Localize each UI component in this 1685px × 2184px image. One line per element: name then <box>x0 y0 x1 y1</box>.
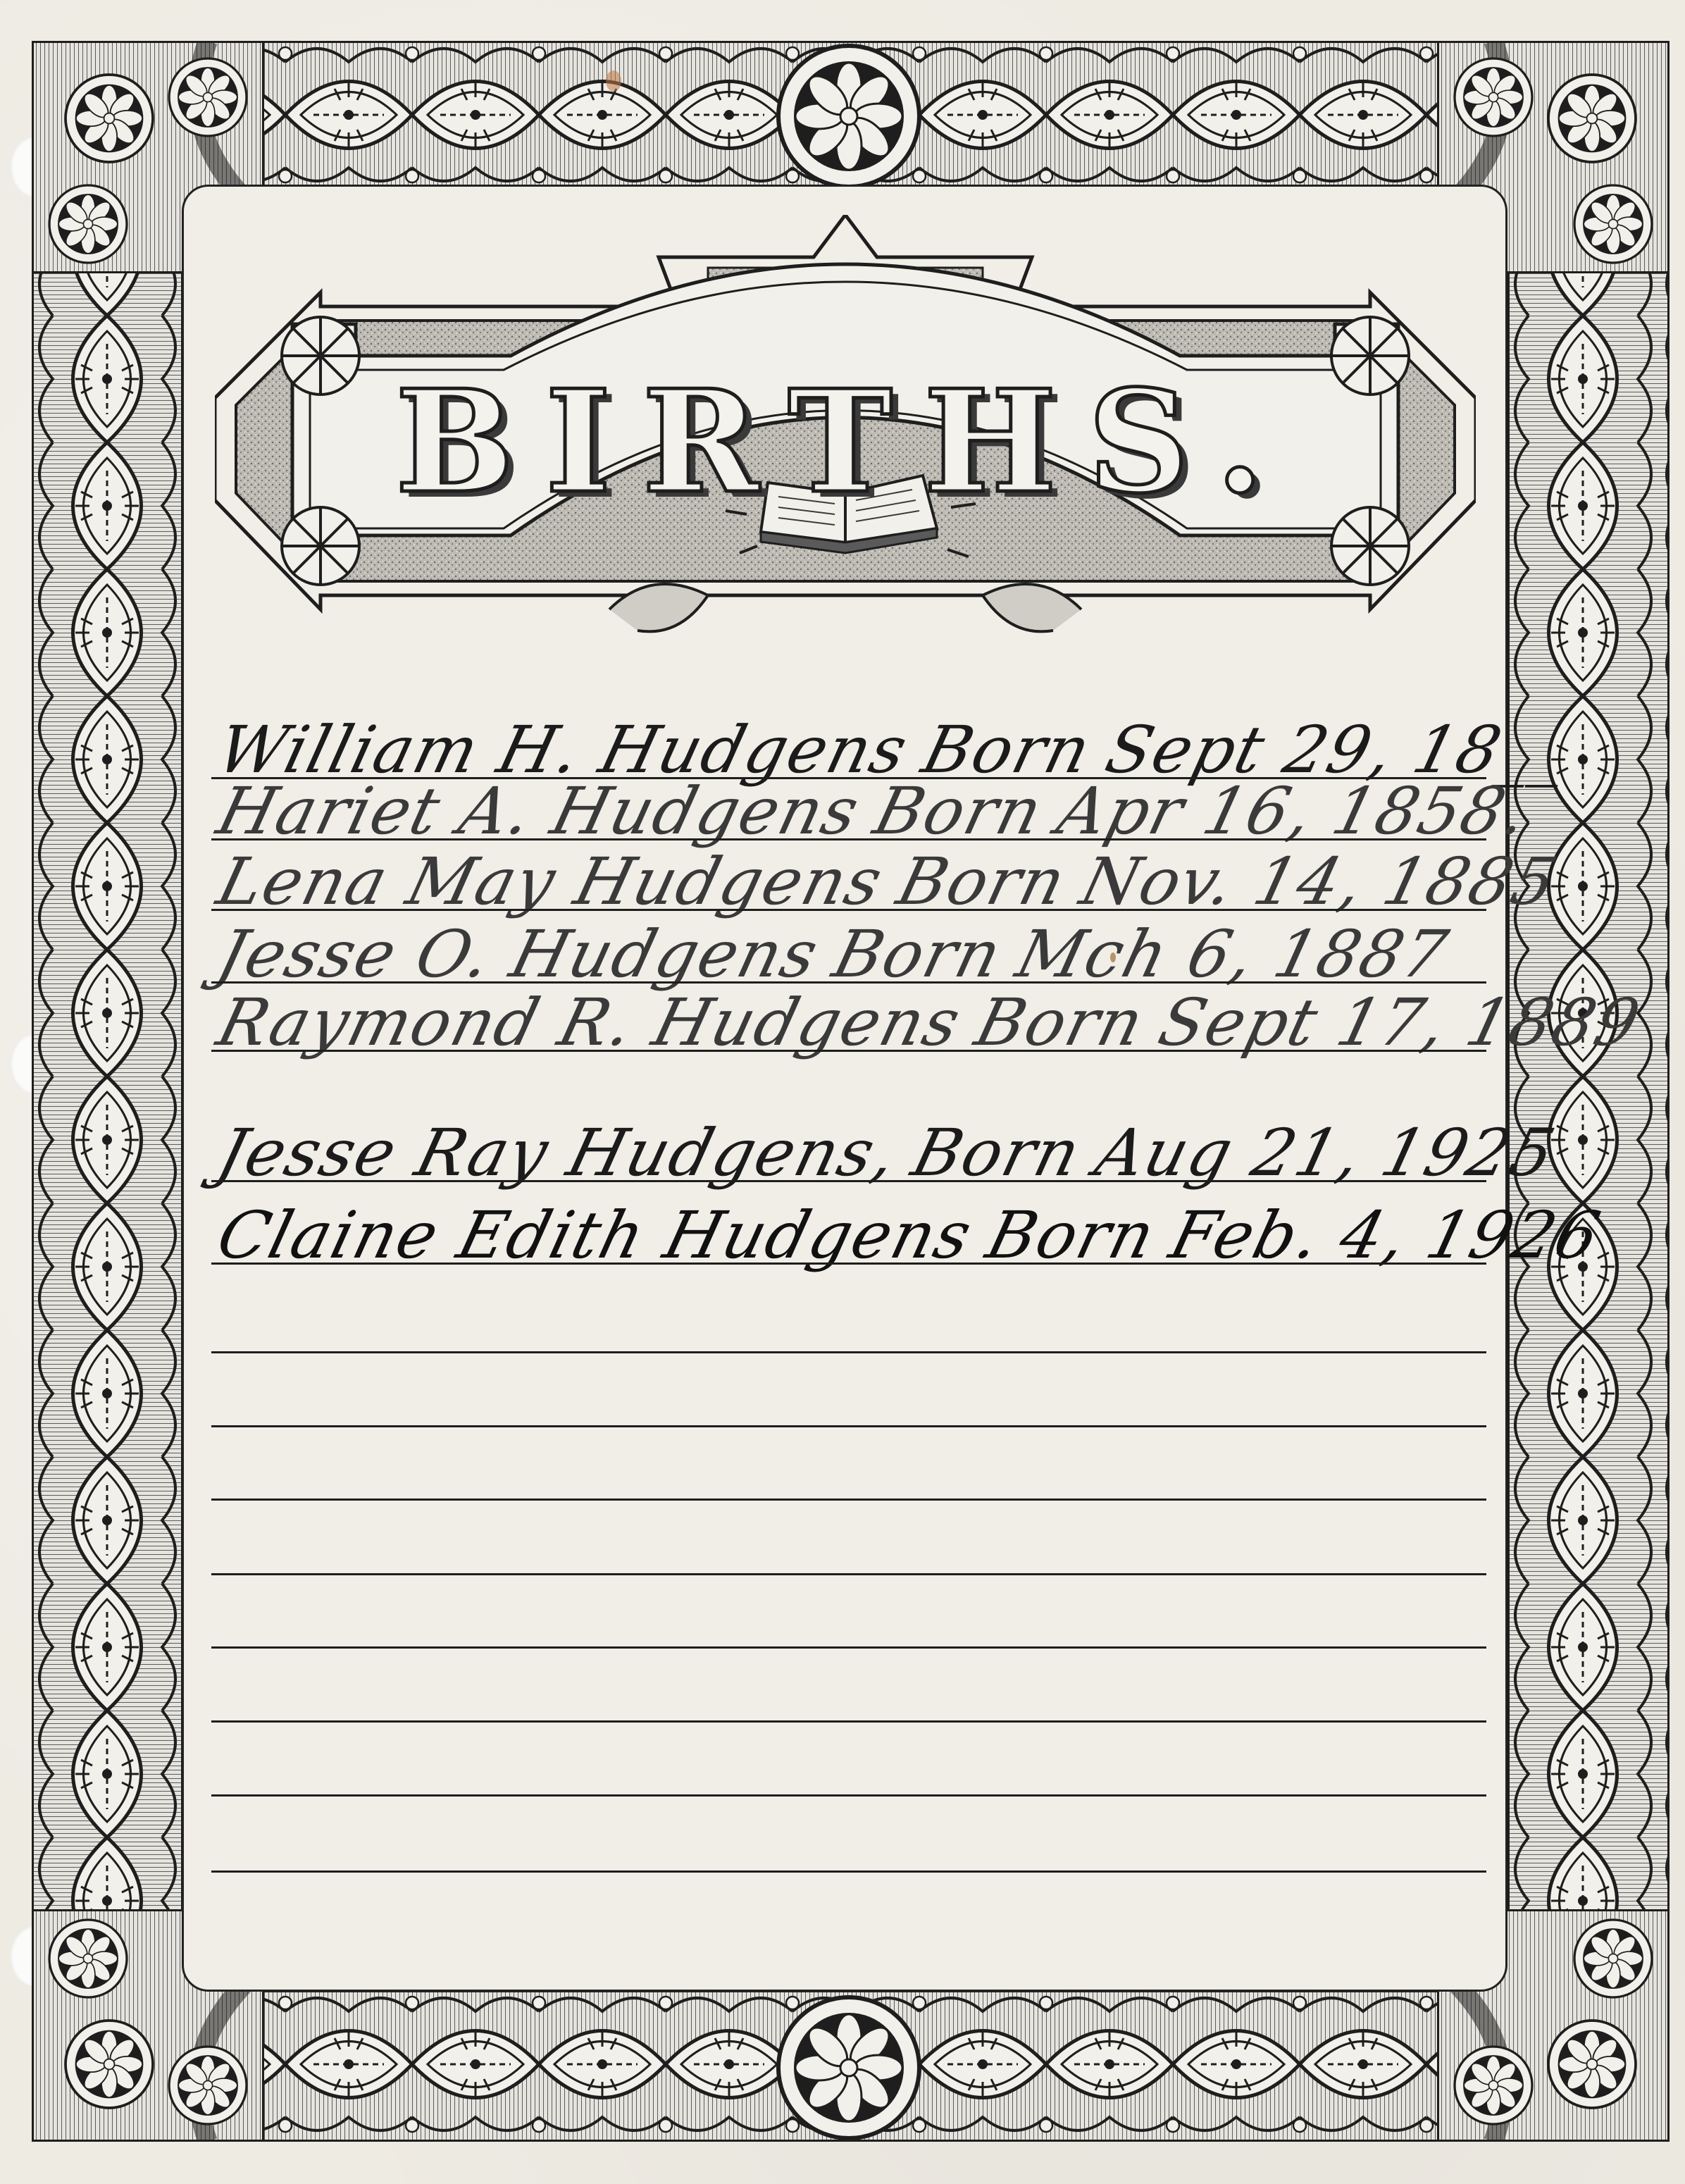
blank-ruled-line <box>211 1720 1486 1723</box>
ruled-line <box>211 1262 1486 1265</box>
entry-name: Raymond R. Hudgens <box>210 985 969 1060</box>
blank-ruled-line <box>211 1425 1486 1427</box>
birth-entry: Jesse Ray Hudgens,BornAug 21, 1925 <box>211 1097 1550 1181</box>
blank-ruled-line <box>211 1573 1486 1575</box>
entry-born-label: Born <box>968 985 1152 1060</box>
birth-entry: Claine Edith HudgensBornFeb. 4, 1926 <box>211 1179 1550 1264</box>
bottom-center-medallion-icon <box>764 1980 933 2156</box>
top-center-medallion-icon <box>764 28 933 204</box>
births-header: BIRTHS. <box>215 215 1476 683</box>
blank-ruled-line <box>211 1351 1486 1353</box>
entry-date: Sept 17, 1889 <box>1152 985 1648 1060</box>
blank-ruled-line <box>211 1646 1486 1649</box>
entry-born-label: Born <box>979 1198 1163 1273</box>
blank-ruled-line <box>211 1794 1486 1797</box>
header-cartouche <box>215 215 1476 683</box>
blank-ruled-line <box>211 1870 1486 1873</box>
birth-entry: Lena May HudgensBornNov. 14, 1885 <box>211 826 1550 910</box>
entry-date: Feb. 4, 1926 <box>1163 1198 1608 1273</box>
birth-entry: Raymond R. HudgensBornSept 17, 1889 <box>211 967 1550 1051</box>
border-right <box>1507 189 1670 1990</box>
foxing-stain <box>1110 953 1116 962</box>
ruled-line <box>211 1050 1486 1052</box>
entry-name: Claine Edith Hudgens <box>210 1198 980 1273</box>
border-left <box>32 189 183 1990</box>
foxing-stain <box>606 70 621 92</box>
blank-ruled-line <box>211 1499 1486 1501</box>
